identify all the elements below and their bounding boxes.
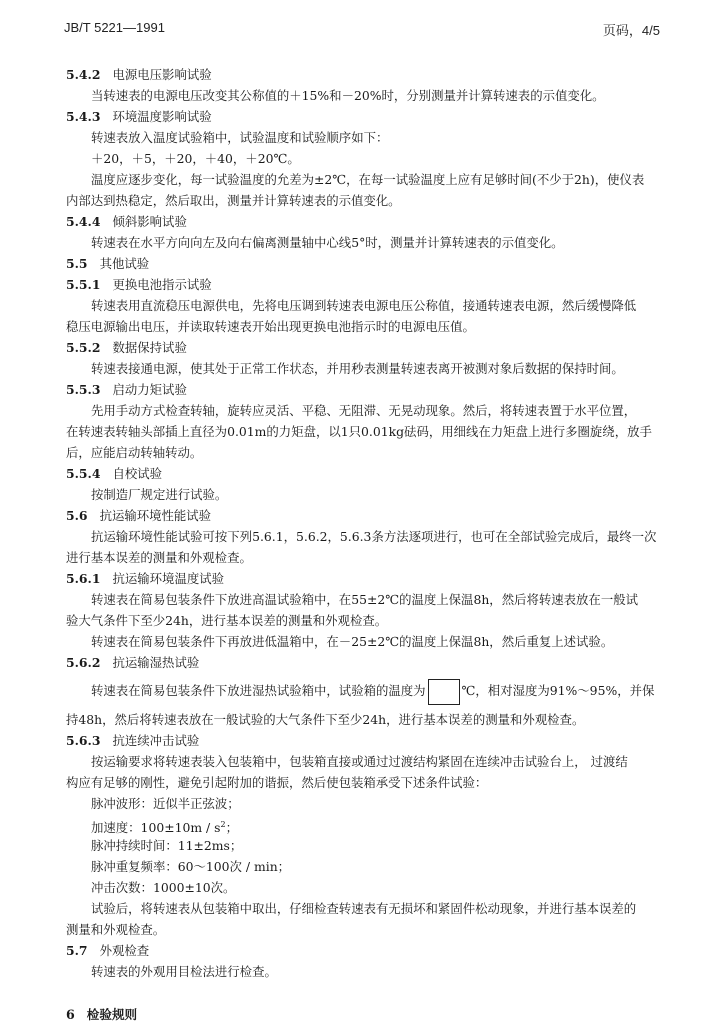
section-title: 数据保持试验 [113, 340, 187, 355]
section-title: 抗运输环境温度试验 [113, 571, 225, 586]
paragraph-continuation: 测量和外观检查。 [66, 919, 658, 940]
section-heading-5-6: 5.6抗运输环境性能试验 [66, 505, 658, 526]
section-title: 抗运输湿热试验 [113, 655, 200, 670]
paragraph-continuation: 持48h，然后将转速表放在一般试验的大气条件下至少24h，进行基本误差的测量和外… [66, 709, 658, 730]
section-title: 其他试验 [100, 256, 150, 271]
section-number: 5.5.2 [66, 337, 101, 358]
condition-pulse-frequency: 脉冲重复频率：60～100次 / min； [66, 856, 658, 877]
blank-temperature-box [428, 679, 460, 705]
section-heading-5-6-2: 5.6.2抗运输湿热试验 [66, 652, 658, 673]
paragraph-continuation: 后，应能启动转轴转动。 [66, 442, 658, 463]
section-number: 5.5.1 [66, 274, 101, 295]
chapter-title: 检验规则 [87, 1007, 137, 1022]
section-heading-5-5-3: 5.5.3启动力矩试验 [66, 379, 658, 400]
paragraph: 转速表的外观用目检法进行检查。 [66, 961, 658, 982]
paragraph: 当转速表的电源电压改变其公称值的＋15%和－20%时，分别测量并计算转速表的示值… [66, 85, 658, 106]
paragraph: 转速表接通电源，使其处于正常工作状态，并用秒表测量转速表离开被测对象后数据的保持… [66, 358, 658, 379]
condition-pulse-duration: 脉冲持续时间：11±2ms； [66, 835, 658, 856]
paragraph: 转速表在简易包装条件下再放进低温箱中，在－25±2℃的温度上保温8h，然后重复上… [66, 631, 658, 652]
section-heading-5-6-3: 5.6.3抗连续冲击试验 [66, 730, 658, 751]
paragraph: 按运输要求将转速表装入包装箱中，包装箱直接或通过过渡结构紧固在连续冲击试验台上，… [66, 751, 658, 772]
section-title: 更换电池指示试验 [113, 277, 212, 292]
paragraph-continuation: 构应有足够的刚性，避免引起附加的谐振，然后使包装箱承受下述条件试验： [66, 772, 658, 793]
paragraph: 按制造厂规定进行试验。 [66, 484, 658, 505]
chapter-number: 6 [66, 1007, 75, 1022]
condition-acceleration: 加速度：100±10m / s2； [66, 814, 658, 835]
section-number: 5.7 [66, 940, 88, 961]
paragraph-continuation: 内部达到热稳定，然后取出，测量并计算转速表的示值变化。 [66, 190, 658, 211]
section-heading-5-4-2: 5.4.2电源电压影响试验 [66, 64, 658, 85]
section-title: 电源电压影响试验 [113, 67, 212, 82]
section-heading-5-5-4: 5.5.4自校试验 [66, 463, 658, 484]
paragraph: 转速表在水平方向向左及向右偏离测量轴中心线5°时，测量并计算转速表的示值变化。 [66, 232, 658, 253]
paragraph: 温度应逐步变化，每一试验温度的允差为±2℃，在每一试验温度上应有足够时间(不少于… [66, 169, 658, 190]
standard-id: JB/T 5221—1991 [64, 20, 165, 35]
text-before-box: 转速表在简易包装条件下放进湿热试验箱中，试验箱的温度为 [91, 683, 426, 698]
condition-pulse-waveform: 脉冲波形：近似半正弦波； [66, 793, 658, 814]
page-indicator: 页码，4/5 [603, 20, 660, 39]
paragraph-humidity: 转速表在简易包装条件下放进湿热试验箱中，试验箱的温度为℃，相对湿度为91%～95… [66, 673, 658, 709]
section-title: 外观检查 [100, 943, 150, 958]
section-number: 5.4.4 [66, 211, 101, 232]
section-number: 5.5.3 [66, 379, 101, 400]
acceleration-text: 加速度：100±10m / s [91, 820, 221, 835]
section-number: 5.4.2 [66, 64, 101, 85]
section-heading-5-5-2: 5.5.2数据保持试验 [66, 337, 658, 358]
paragraph: 转速表在简易包装条件下放进高温试验箱中，在55±2℃的温度上保温8h，然后将转速… [66, 589, 658, 610]
section-number: 5.5.4 [66, 463, 101, 484]
section-heading-5-6-1: 5.6.1抗运输环境温度试验 [66, 568, 658, 589]
paragraph-continuation: 稳压电源输出电压，并读取转速表开始出现更换电池指示时的电源电压值。 [66, 316, 658, 337]
section-number: 5.6.1 [66, 568, 101, 589]
section-number: 5.6 [66, 505, 88, 526]
section-title: 抗连续冲击试验 [113, 733, 200, 748]
paragraph: 转速表用直流稳压电源供电，先将电压调到转速表电源电压公称值，接通转速表电源，然后… [66, 295, 658, 316]
acceleration-tail: ； [226, 820, 238, 835]
page-header: JB/T 5221—1991 页码，4/5 [64, 20, 660, 40]
section-title: 自校试验 [113, 466, 163, 481]
paragraph: 试验后，将转速表从包装箱中取出，仔细检查转速表有无损坏和紧固件松动现象，并进行基… [66, 898, 658, 919]
section-heading-5-5-1: 5.5.1更换电池指示试验 [66, 274, 658, 295]
text-after-box: ℃，相对湿度为91%～95%，并保 [462, 683, 655, 698]
temperature-sequence: ＋20，＋5，＋20，＋40，＋20℃。 [66, 148, 658, 169]
section-heading-5-4-3: 5.4.3环境温度影响试验 [66, 106, 658, 127]
chapter-heading-6: 6检验规则 [66, 1004, 658, 1024]
condition-shock-count: 冲击次数：1000±10次。 [66, 877, 658, 898]
paragraph-continuation: 验大气条件下至少24h，进行基本误差的测量和外观检查。 [66, 610, 658, 631]
section-heading-5-4-4: 5.4.4倾斜影响试验 [66, 211, 658, 232]
paragraph-continuation: 进行基本误差的测量和外观检查。 [66, 547, 658, 568]
section-heading-5-7: 5.7外观检查 [66, 940, 658, 961]
paragraph-continuation: 在转速表转轴头部插上直径为0.01m的力矩盘，以1只0.01kg砝码，用细线在力… [66, 421, 658, 442]
section-title: 启动力矩试验 [113, 382, 187, 397]
section-title: 倾斜影响试验 [113, 214, 187, 229]
section-number: 5.5 [66, 253, 88, 274]
document-body: 5.4.2电源电压影响试验 当转速表的电源电压改变其公称值的＋15%和－20%时… [66, 64, 658, 1024]
section-heading-5-5: 5.5其他试验 [66, 253, 658, 274]
paragraph: 先用手动方式检查转轴，旋转应灵活、平稳、无阻滞、无晃动现象。然后，将转速表置于水… [66, 400, 658, 421]
section-title: 抗运输环境性能试验 [100, 508, 212, 523]
paragraph: 抗运输环境性能试验可按下列5.6.1，5.6.2，5.6.3条方法逐项进行，也可… [66, 526, 658, 547]
section-number: 5.6.3 [66, 730, 101, 751]
section-number: 5.4.3 [66, 106, 101, 127]
paragraph: 转速表放入温度试验箱中，试验温度和试验顺序如下： [66, 127, 658, 148]
section-title: 环境温度影响试验 [113, 109, 212, 124]
section-number: 5.6.2 [66, 652, 101, 673]
